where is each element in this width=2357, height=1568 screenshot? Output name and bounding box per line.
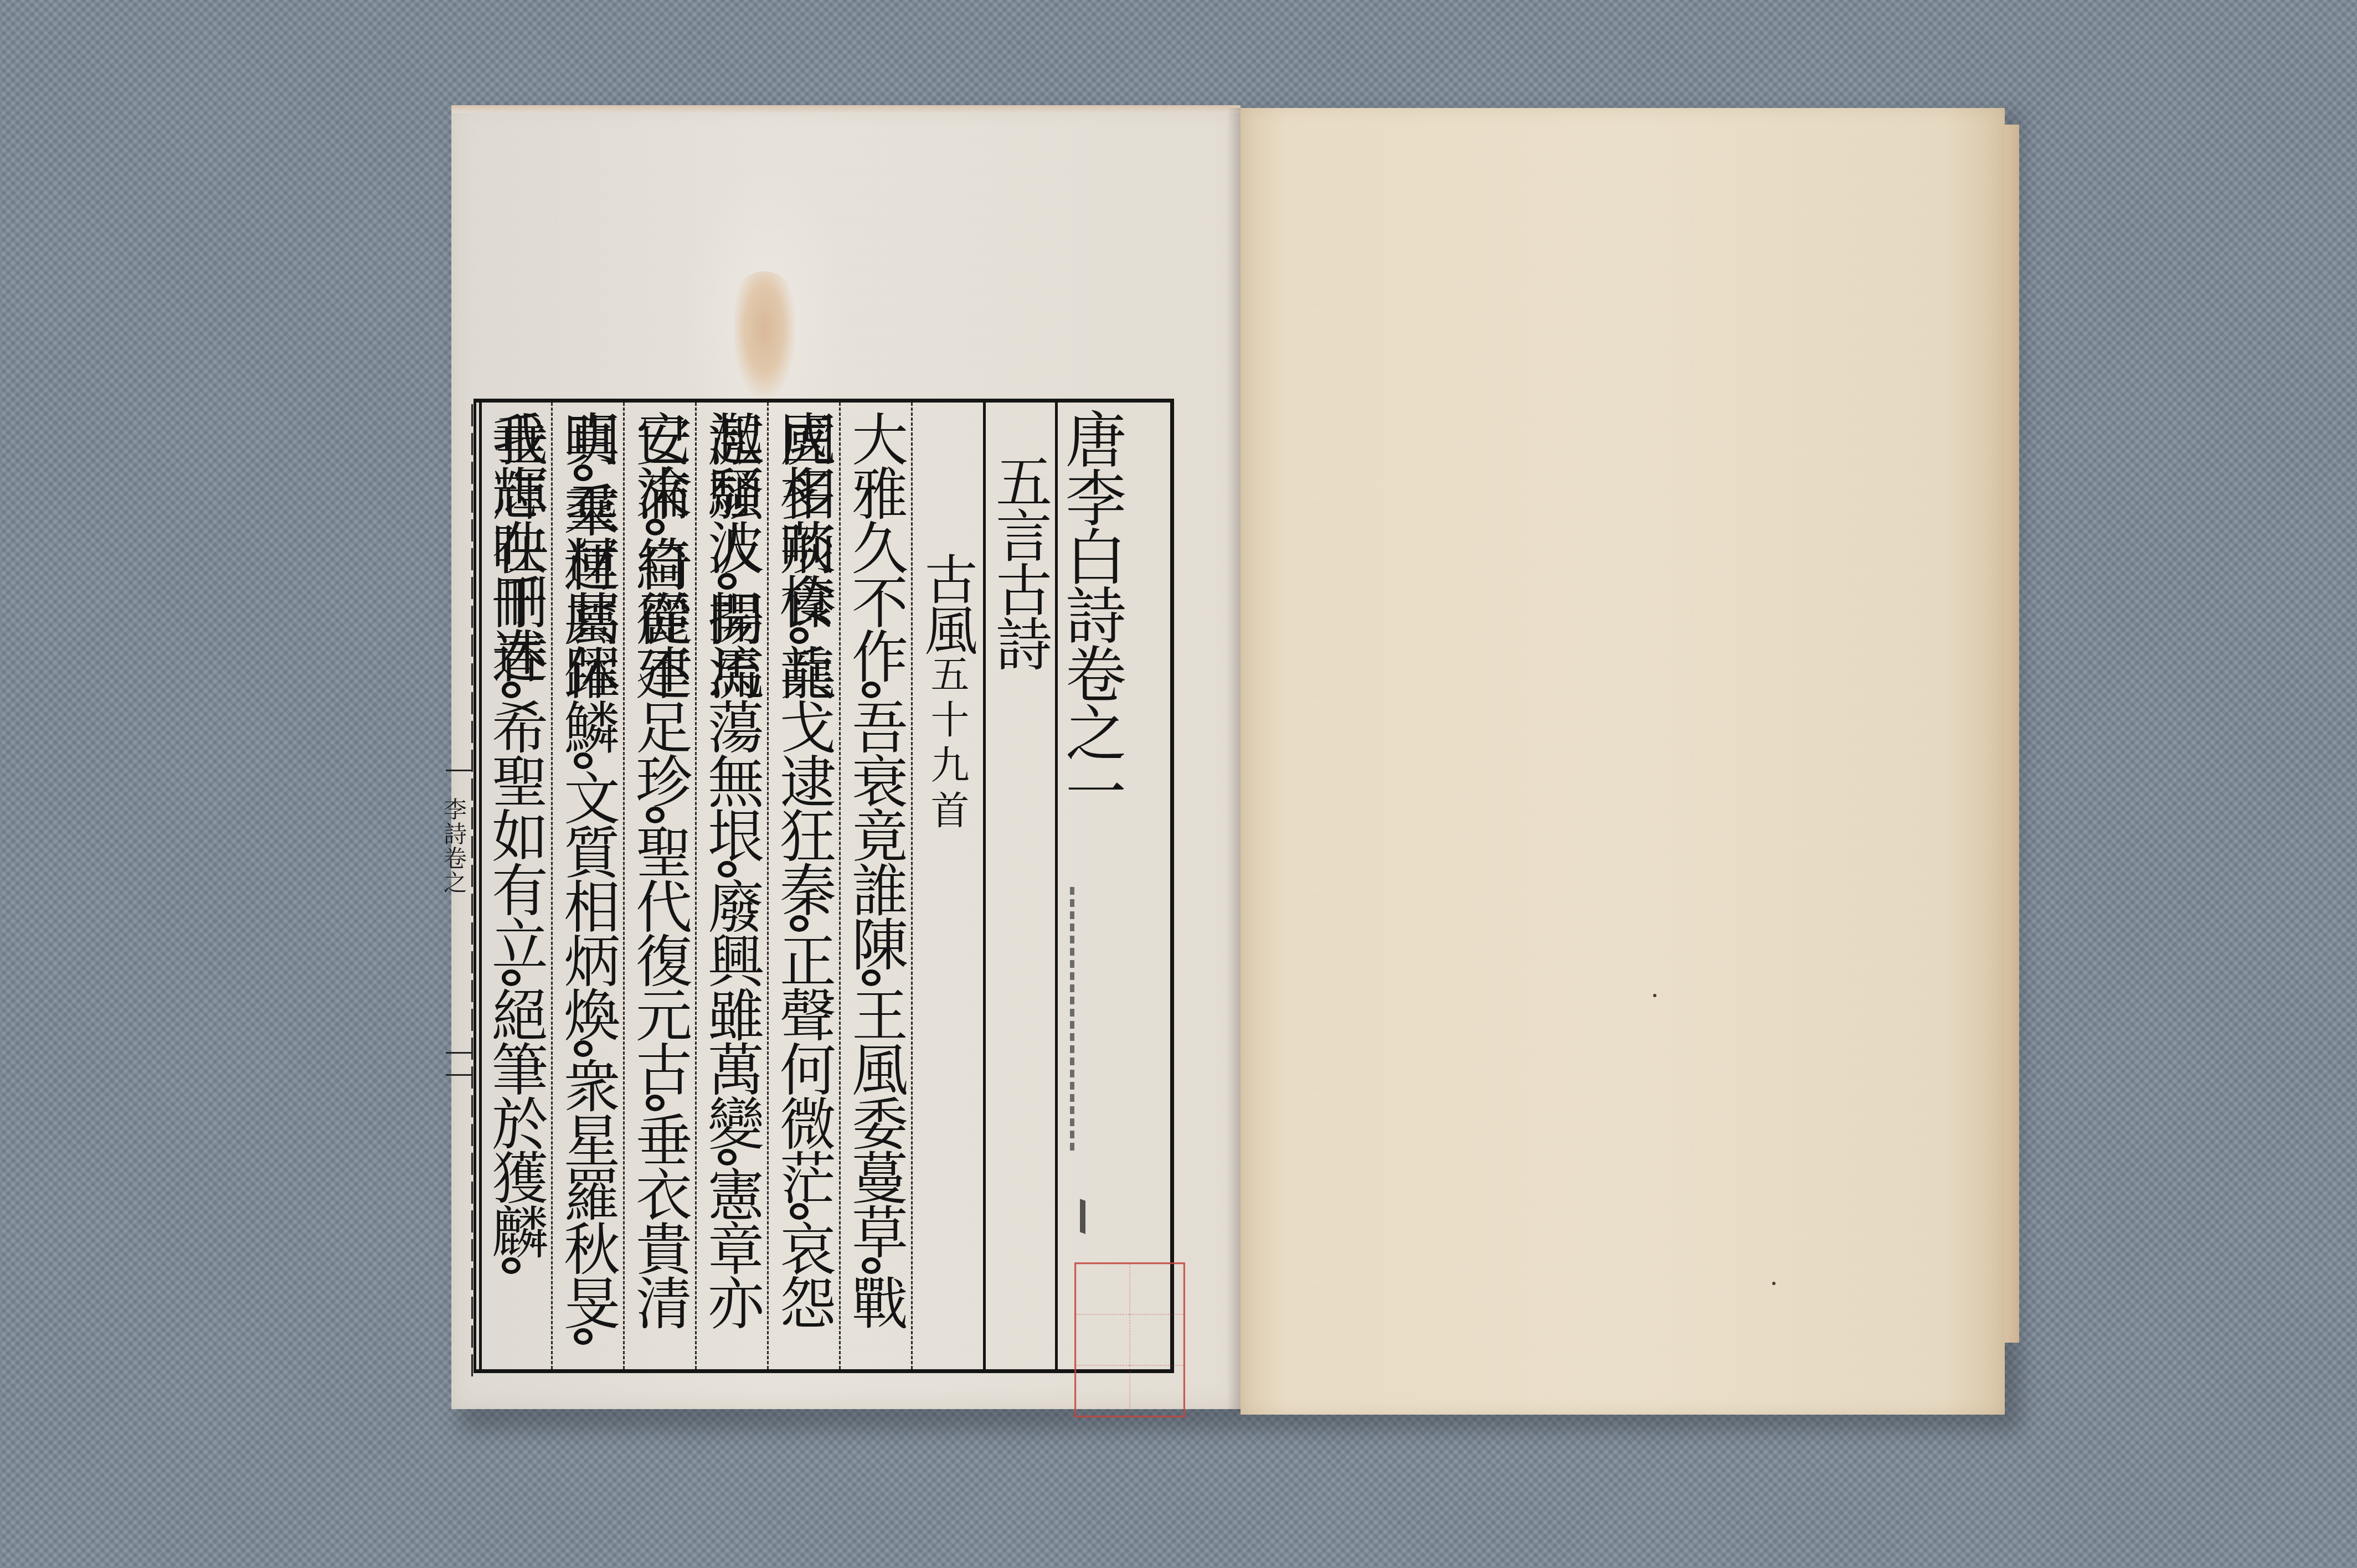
poem-char: 春 [482, 627, 548, 682]
poem-char: 茫 [770, 1149, 836, 1203]
section-heading-column: 五言古詩 [983, 403, 1055, 1369]
seal-glyph [1130, 1314, 1183, 1365]
poem-char: 聖 [482, 752, 548, 807]
poem-char: 蕩 [698, 698, 764, 752]
poem-char: 萬 [698, 1040, 764, 1095]
paper-speck [1653, 994, 1656, 997]
text-columns: 唐李白詩卷之一 五言古詩 古風五十九首 大雅久不作吾衰竟誰陳王風委蔓草戰國多荊榛… [479, 403, 1127, 1369]
poem-char: 聖 [626, 823, 692, 878]
poem-char: 誰 [842, 861, 908, 915]
circle-punctuation-mark [574, 465, 593, 481]
poem-char: 激 [698, 410, 764, 465]
circle-punctuation-mark [502, 969, 521, 986]
poem-char: 亦 [698, 1274, 764, 1328]
poem-char: 怨 [770, 1274, 836, 1328]
poem-column: 安來綺麗不足珍聖代復元古垂衣貴清真羣材屬休 [623, 403, 695, 1369]
poem-char: 不 [842, 573, 908, 627]
circle-punctuation-mark [862, 969, 881, 986]
circle-punctuation-mark [718, 573, 737, 590]
poem-char: 希 [482, 698, 548, 752]
subsection-heading: 古風 [916, 552, 978, 654]
page-edge-stack [2005, 125, 2019, 1343]
poem-char: 衰 [842, 752, 908, 807]
circle-punctuation-mark [574, 1040, 593, 1057]
poem-char: 變 [698, 1095, 764, 1149]
worn-rule-mark [1070, 887, 1074, 1153]
poem-char: 廢 [698, 878, 764, 932]
poem-char: 乘 [554, 481, 620, 535]
poem-char: 王 [842, 986, 908, 1040]
poem-char: 正 [770, 932, 836, 986]
poem-char: 戰 [842, 1274, 908, 1328]
seal-glyph [1076, 1314, 1130, 1365]
poem-char: 委 [842, 1095, 908, 1149]
poem-char: 映 [482, 519, 548, 573]
circle-punctuation-mark [790, 1203, 809, 1220]
poem-char: 運 [554, 535, 620, 590]
poem-char: 何 [770, 1040, 836, 1095]
poem-char: 戈 [770, 698, 836, 752]
fold-margin-tick [446, 770, 472, 771]
subsection-heading-column: 古風五十九首 [911, 403, 983, 1369]
poem-char: 煥 [554, 986, 620, 1040]
poem-column: 大雅久不作吾衰竟誰陳王風委蔓草戰國多荊榛龍 [839, 403, 911, 1369]
circle-punctuation-mark [646, 1095, 665, 1111]
poem-char: 雅 [842, 465, 908, 519]
poem-char: 啖 [770, 519, 836, 573]
poem-char: 立 [482, 915, 548, 969]
poem-char: 麟 [482, 1203, 548, 1257]
seal-glyph [1130, 1264, 1183, 1314]
seal-glyph [1130, 1365, 1183, 1416]
poem-char: 來 [626, 465, 692, 519]
poem-char: 蔓 [842, 1149, 908, 1203]
poem-char: 旻 [554, 1274, 620, 1328]
poem-column: 垂輝映千春希聖如有立絕筆於獲麟 [479, 403, 551, 1369]
poem-char: 作 [842, 627, 908, 682]
poem-char: 秋 [554, 1220, 620, 1274]
circle-punctuation-mark [862, 1257, 881, 1274]
circle-punctuation-mark [862, 682, 881, 698]
poem-char: 絕 [482, 986, 548, 1040]
poem-char: 質 [554, 823, 620, 878]
circle-punctuation-mark [646, 807, 665, 823]
poem-char: 秦 [770, 861, 836, 915]
poem-char: 章 [698, 1220, 764, 1274]
poem-char: 有 [482, 861, 548, 915]
poem-char: 開 [698, 590, 764, 644]
poem-char: 於 [482, 1095, 548, 1149]
circle-punctuation-mark [574, 1328, 593, 1345]
poem-char: 炳 [554, 932, 620, 986]
fold-margin-rule [471, 404, 473, 1379]
left-page: 李詩卷之 唐李白詩卷之一 五言古詩 古風五十九首 大雅久不作吾衰竟誰陳王風委蔓草… [451, 105, 1241, 1409]
poem-char: 雖 [698, 986, 764, 1040]
water-stain [734, 271, 795, 399]
right-page-blank [1241, 108, 2005, 1415]
poem-char: 頹 [698, 465, 764, 519]
ink-mark [1080, 1199, 1085, 1234]
circle-punctuation-mark [718, 861, 737, 878]
poem-char: 衆 [554, 1057, 620, 1111]
circle-punctuation-mark [718, 1149, 737, 1165]
poem-char: 麗 [626, 590, 692, 644]
poem-char: 不 [626, 644, 692, 698]
poem-char: 流 [698, 644, 764, 698]
poem-char: 星 [554, 1111, 620, 1165]
poem-char: 貴 [626, 1220, 692, 1274]
poem-char: 逮 [770, 752, 836, 807]
poem-char: 輝 [482, 465, 548, 519]
poem-char: 綺 [626, 535, 692, 590]
poem-char: 古 [626, 1040, 692, 1095]
circle-punctuation-mark [502, 682, 521, 698]
poem-char: 珍 [626, 752, 692, 807]
poem-char: 千 [482, 573, 548, 627]
title-column: 唐李白詩卷之一 [1055, 403, 1127, 1369]
poem-char: 草 [842, 1203, 908, 1257]
poem-char: 狂 [770, 807, 836, 861]
poem-char: 明 [554, 410, 620, 465]
volume-title: 唐李白詩卷之一 [1056, 408, 1126, 819]
poem-char: 微 [770, 1095, 836, 1149]
poem-char: 代 [626, 878, 692, 932]
seal-glyph [1076, 1264, 1130, 1314]
poem-char: 衣 [626, 1165, 692, 1220]
poem-char: 垠 [698, 807, 764, 861]
poem-char: 興 [698, 932, 764, 986]
poem-char: 安 [626, 410, 692, 465]
poem-char: 鱗 [554, 698, 620, 752]
poem-column: 明乘運共躍鱗文質相炳煥衆星羅秋旻我志在刪述 [551, 403, 623, 1369]
seal-glyph [1076, 1365, 1130, 1416]
poem-char: 竟 [842, 807, 908, 861]
poem-char: 哀 [770, 1220, 836, 1274]
poem-column: 虎相啖食兵戈逮狂秦正聲何微茫哀怨起騷人揚馬 [767, 403, 839, 1369]
circle-punctuation-mark [790, 915, 809, 932]
poem-char: 共 [554, 590, 620, 644]
page-top-edge [451, 105, 1241, 113]
poem-char: 相 [770, 465, 836, 519]
poem-char: 虎 [770, 410, 836, 465]
poem-char: 文 [554, 769, 620, 823]
poem-char: 吾 [842, 698, 908, 752]
section-heading: 五言古詩 [986, 452, 1052, 669]
poem-char: 元 [626, 986, 692, 1040]
poem-char: 清 [626, 1274, 692, 1328]
paper-speck [1772, 1282, 1776, 1285]
poem-char: 羅 [554, 1165, 620, 1220]
fold-margin-text: 李詩卷之 [448, 797, 470, 895]
poem-char: 垂 [482, 410, 548, 465]
poem-char: 足 [626, 698, 692, 752]
fold-margin-tick [446, 1052, 472, 1054]
poem-char: 大 [842, 410, 908, 465]
poem-char: 垂 [626, 1111, 692, 1165]
subsection-count: 五十九首 [924, 654, 970, 835]
poem-char: 獲 [482, 1149, 548, 1203]
poem-char: 相 [554, 878, 620, 932]
circle-punctuation-mark [790, 627, 809, 644]
poem-char: 久 [842, 519, 908, 573]
poem-char: 風 [842, 1040, 908, 1095]
poem-char: 食 [770, 573, 836, 627]
poem-char: 如 [482, 807, 548, 861]
circle-punctuation-mark [502, 1257, 521, 1274]
poem-column: 激頹波開流蕩無垠廢興雖萬變憲章亦已淪自從建 [695, 403, 767, 1369]
circle-punctuation-mark [574, 752, 593, 769]
poem-char: 陳 [842, 915, 908, 969]
poem-char: 聲 [770, 986, 836, 1040]
red-seal [1074, 1262, 1185, 1417]
poem-char: 筆 [482, 1040, 548, 1095]
fold-margin-tick [446, 1074, 472, 1076]
poem-char: 復 [626, 932, 692, 986]
circle-punctuation-mark [646, 519, 665, 535]
poem-char: 兵 [770, 644, 836, 698]
poem-char: 波 [698, 519, 764, 573]
poem-char: 憲 [698, 1165, 764, 1220]
poem-char: 躍 [554, 644, 620, 698]
poem-char: 無 [698, 752, 764, 807]
